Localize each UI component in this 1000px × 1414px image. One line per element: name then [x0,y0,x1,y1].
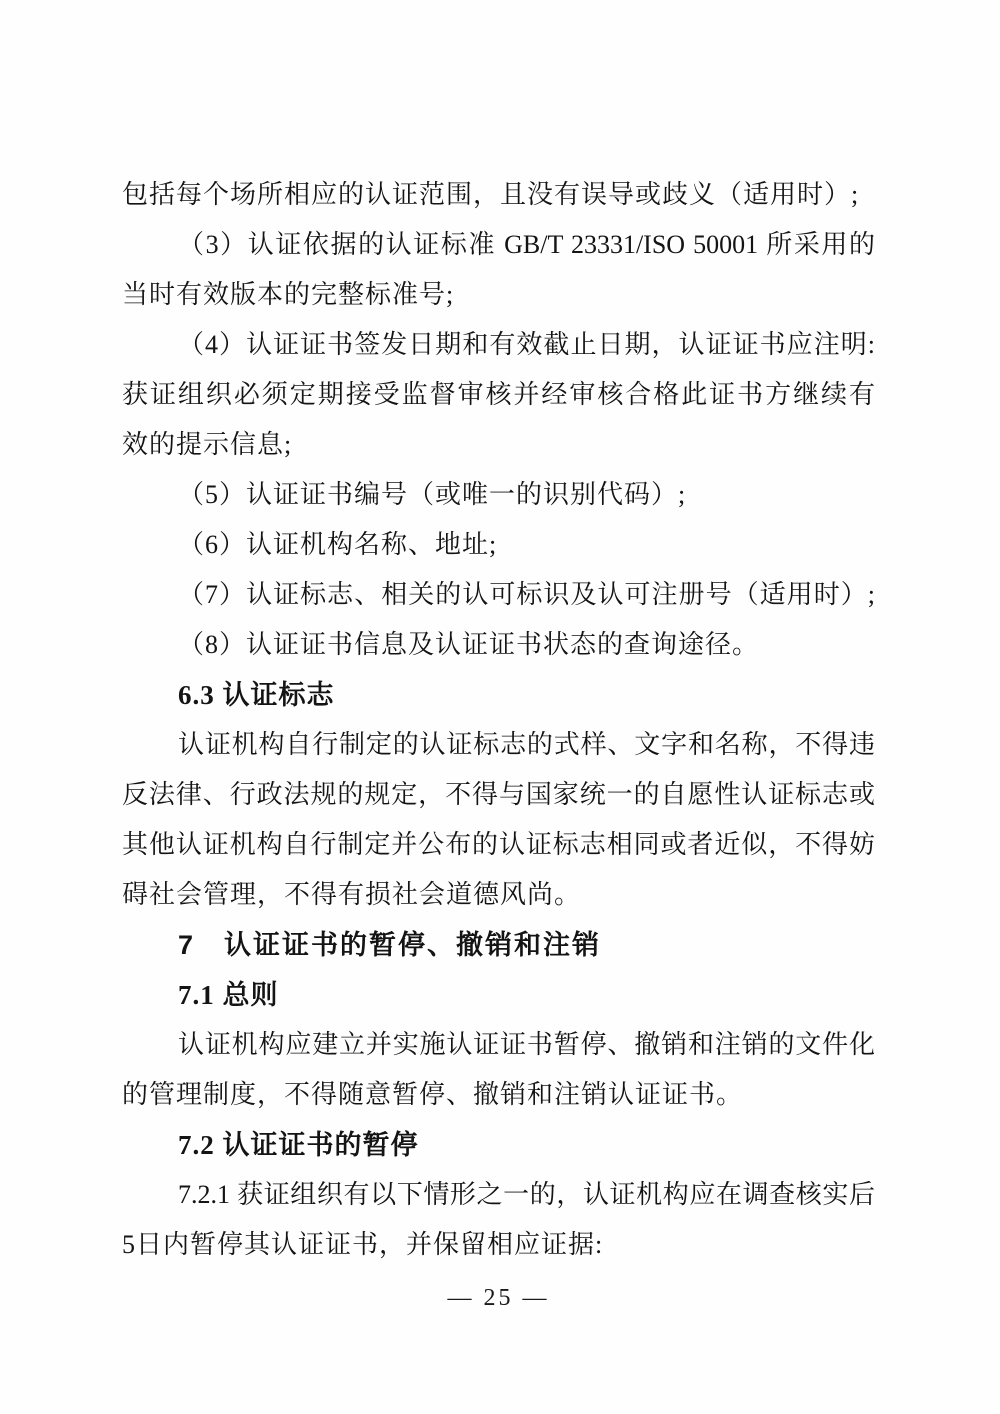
text-line: 当时有效版本的完整标准号; [122,270,875,320]
text-line: （3）认证依据的认证标准 GB/T 23331/ISO 50001 所采用的 [122,220,875,270]
text-line: 5日内暂停其认证证书，并保留相应证据: [122,1220,875,1270]
text-line: 认证机构应建立并实施认证证书暂停、撤销和注销的文件化 [122,1020,875,1070]
heading-7-2: 7.2 认证证书的暂停 [122,1120,875,1170]
heading-6-3: 6.3 认证标志 [122,670,875,720]
text-line: 其他认证机构自行制定并公布的认证标志相同或者近似，不得妨 [122,820,875,870]
text-line: 获证组织必须定期接受监督审核并经审核合格此证书方继续有 [122,370,875,420]
heading-7: 7 认证证书的暂停、撤销和注销 [122,920,875,970]
document-page: 包括每个场所相应的认证范围，且没有误导或歧义（适用时）;（3）认证依据的认证标准… [0,0,1000,1414]
text-line: （6）认证机构名称、地址; [122,520,875,570]
text-line: （4）认证证书签发日期和有效截止日期，认证证书应注明: [122,320,875,370]
text-line: （5）认证证书编号（或唯一的识别代码）; [122,470,875,520]
text-line: 7.2.1 获证组织有以下情形之一的，认证机构应在调查核实后 [122,1170,875,1220]
text-line: （7）认证标志、相关的认可标识及认可注册号（适用时）; [122,570,875,620]
text-line: 认证机构自行制定的认证标志的式样、文字和名称，不得违 [122,720,875,770]
text-line: （8）认证证书信息及认证证书状态的查询途径。 [122,620,875,670]
page-content: 包括每个场所相应的认证范围，且没有误导或歧义（适用时）;（3）认证依据的认证标准… [122,170,875,1270]
text-line: 的管理制度，不得随意暂停、撤销和注销认证证书。 [122,1070,875,1120]
text-line: 包括每个场所相应的认证范围，且没有误导或歧义（适用时）; [122,170,875,220]
text-line: 效的提示信息; [122,420,875,470]
text-line: 反法律、行政法规的规定，不得与国家统一的自愿性认证标志或 [122,770,875,820]
page-number: — 25 — [122,1285,875,1312]
text-line: 碍社会管理，不得有损社会道德风尚。 [122,870,875,920]
heading-7-1: 7.1 总则 [122,970,875,1020]
